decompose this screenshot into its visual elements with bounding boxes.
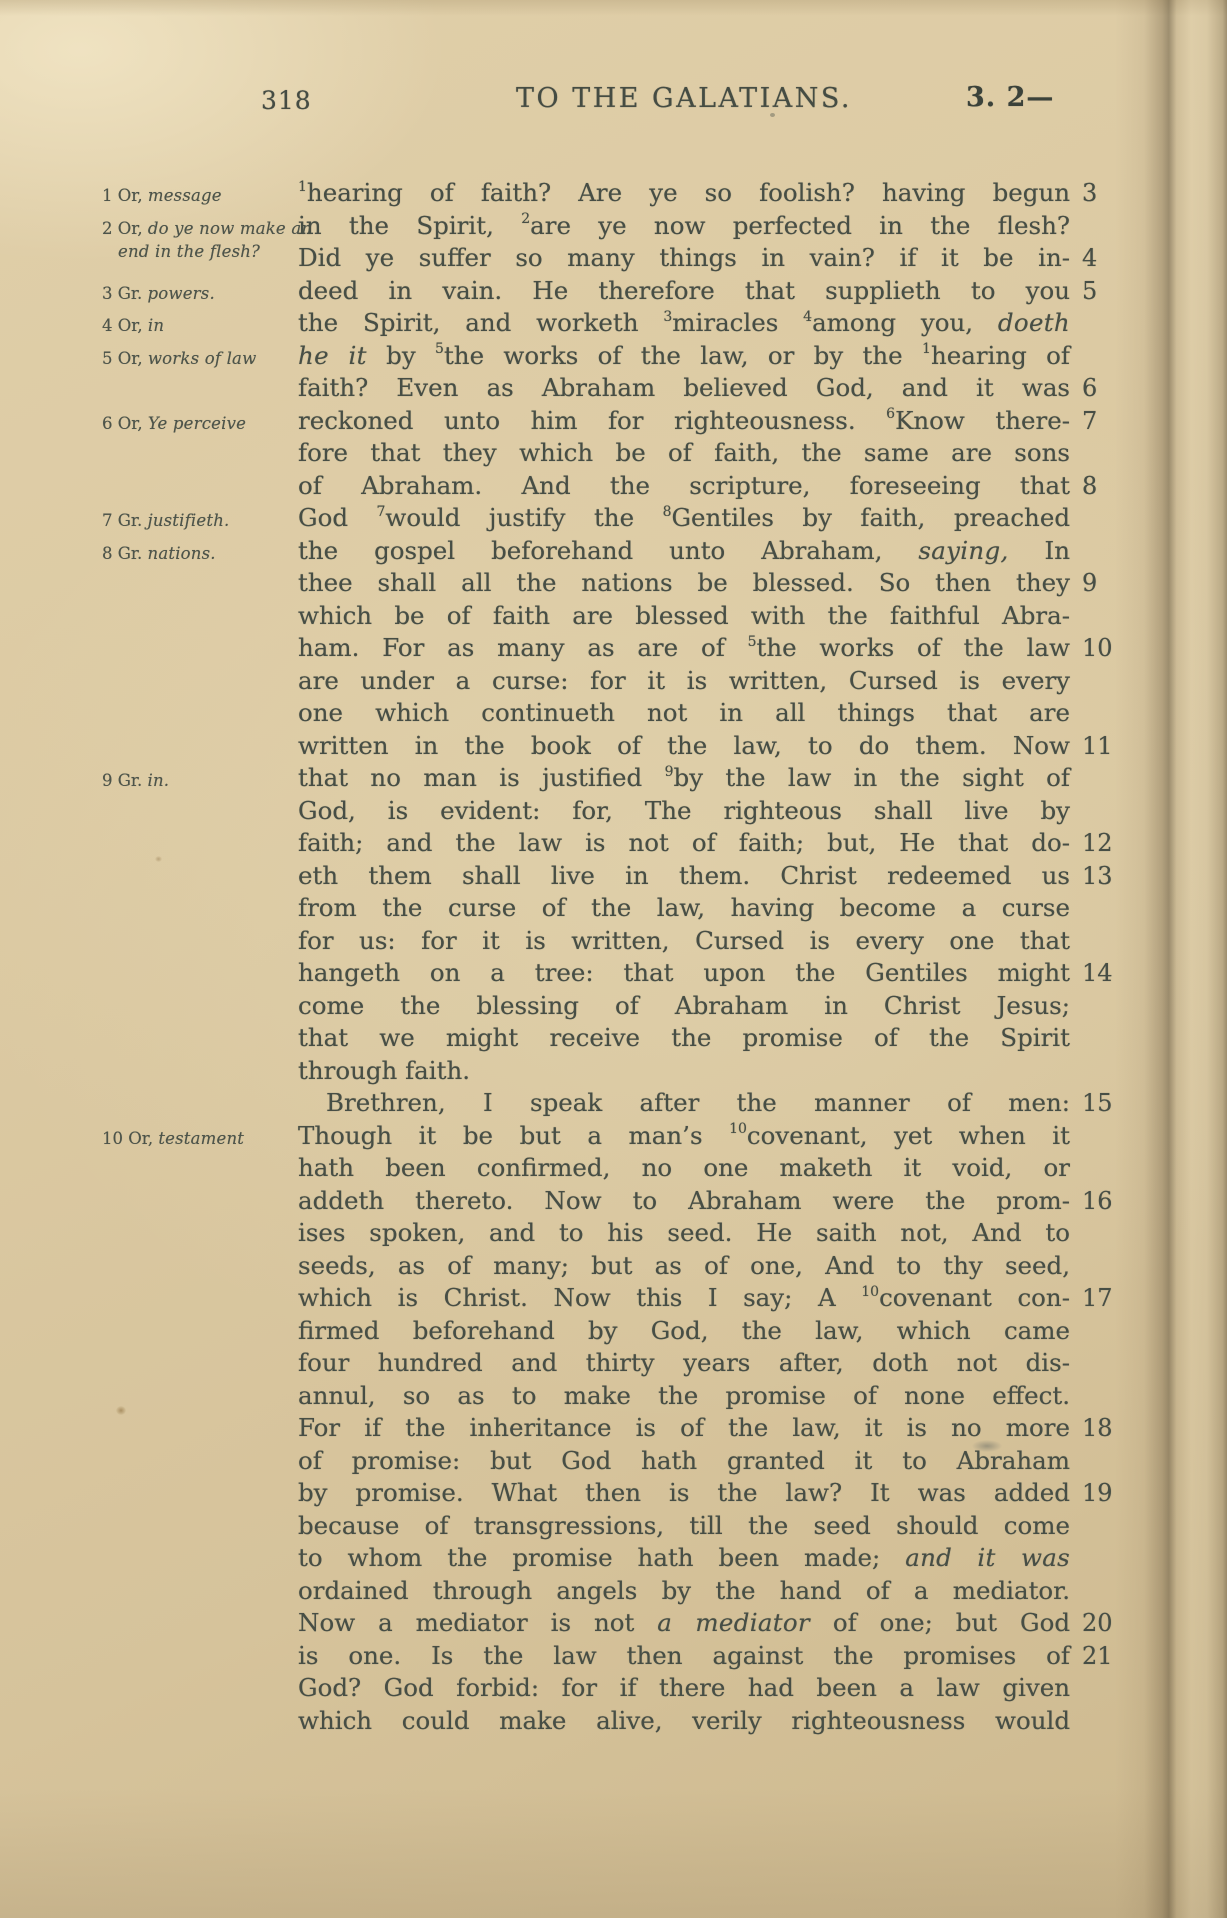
verse-number: 7 [1082, 406, 1097, 436]
text-line: which could make alive, verily righteous… [298, 1706, 1070, 1739]
text-line: in the Spirit, 2are ye now perfected in … [298, 211, 1070, 244]
text-line: through faith. [298, 1056, 1070, 1089]
text-line: God? God forbid: for if there had been a… [298, 1673, 1070, 1706]
verse-number: 20 [1082, 1608, 1113, 1638]
text-line: come the blessing of Abraham in Christ J… [298, 991, 1070, 1024]
text-line: Brethren, I speak after the manner of me… [298, 1088, 1070, 1121]
verse-number: 19 [1082, 1478, 1113, 1508]
verse-number: 4 [1082, 243, 1097, 273]
text-line: hath been confirmed, no one maketh it vo… [298, 1153, 1070, 1186]
text-line: are under a curse: for it is written, Cu… [298, 666, 1070, 699]
margin-note: 5 Or, works of law [102, 347, 320, 370]
text-line: Did ye suffer so many things in vain? if… [298, 243, 1070, 276]
text-line: faith; and the law is not of faith; but,… [298, 828, 1070, 861]
verse-number: 12 [1082, 828, 1113, 858]
text-line: fore that they which be of faith, the sa… [298, 438, 1070, 471]
margin-note: 9 Gr. in. [102, 769, 320, 792]
verse-number: 11 [1082, 731, 1113, 761]
margin-note: 6 Or, Ye perceive [102, 412, 320, 435]
text-line: firmed beforehand by God, the law, which… [298, 1316, 1070, 1349]
text-line: reckoned unto him for righteousness. 6Kn… [298, 406, 1070, 439]
page-bottom-shadow [0, 1788, 1227, 1918]
verse-number: 13 [1082, 861, 1113, 891]
margin-note: 10 Or, testament [102, 1127, 320, 1150]
running-title: TO THE GALATIANS. [298, 83, 1070, 114]
verse-number: 8 [1082, 471, 1097, 501]
text-line: from the curse of the law, having become… [298, 893, 1070, 926]
text-line: ordained through angels by the hand of a… [298, 1576, 1070, 1609]
text-line: Though it be but a man’s 10covenant, yet… [298, 1121, 1070, 1154]
margin-note: 7 Gr. justifieth. [102, 509, 320, 532]
text-line: the Spirit, and worketh 3miracles 4among… [298, 308, 1070, 341]
text-line: 1hearing of faith? Are ye so foolish? ha… [298, 178, 1070, 211]
text-line: ises spoken, and to his seed. He saith n… [298, 1218, 1070, 1251]
text-line: to whom the promise hath been made; and … [298, 1543, 1070, 1576]
text-line: is one. Is the law then against the prom… [298, 1641, 1070, 1674]
verse-number: 21 [1082, 1641, 1113, 1671]
page-top-edge-shadow [0, 0, 1227, 16]
text-line: ham. For as many as are of 5the works of… [298, 633, 1070, 666]
verse-number: 16 [1082, 1186, 1113, 1216]
verse-number: 5 [1082, 276, 1097, 306]
book-gutter-shadow [1115, 0, 1227, 1918]
verse-number: 14 [1082, 958, 1113, 988]
margin-note: 8 Gr. nations. [102, 542, 320, 565]
book-page-scan: 318 TO THE GALATIANS. 3. 2— 1 Or, messag… [0, 0, 1227, 1918]
text-line: addeth thereto. Now to Abraham were the … [298, 1186, 1070, 1219]
verse-number: 17 [1082, 1283, 1113, 1313]
text-line: hangeth on a tree: that upon the Gentile… [298, 958, 1070, 991]
text-line: God 7would justify the 8Gentiles by fait… [298, 503, 1070, 536]
verse-number: 15 [1082, 1088, 1113, 1118]
text-line: of Abraham. And the scripture, foreseein… [298, 471, 1070, 504]
text-line: because of transgressions, till the seed… [298, 1511, 1070, 1544]
paper-speck [155, 856, 162, 862]
verse-number: 10 [1082, 633, 1113, 663]
text-line: Now a mediator is not a mediator of one;… [298, 1608, 1070, 1641]
margin-note: 2 Or, do ye now make an end in the flesh… [102, 217, 320, 263]
text-line: one which continueth not in all things t… [298, 698, 1070, 731]
text-line: For if the inheritance is of the law, it… [298, 1413, 1070, 1446]
text-line: thee shall all the nations be blessed. S… [298, 568, 1070, 601]
text-line: that we might receive the promise of the… [298, 1023, 1070, 1056]
text-line: seeds, as of many; but as of one, And to… [298, 1251, 1070, 1284]
margin-note: 4 Or, in [102, 314, 320, 337]
text-line: that no man is justified 9by the law in … [298, 763, 1070, 796]
text-line: eth them shall live in them. Christ rede… [298, 861, 1070, 894]
text-line: for us: for it is written, Cursed is eve… [298, 926, 1070, 959]
text-line: he it by 5the works of the law, or by th… [298, 341, 1070, 374]
text-line: annul, so as to make the promise of none… [298, 1381, 1070, 1414]
text-line: written in the book of the law, to do th… [298, 731, 1070, 764]
verse-number: 18 [1082, 1413, 1113, 1443]
verse-number: 6 [1082, 373, 1097, 403]
chapter-verse-ref: 3. 2— [966, 82, 1054, 113]
text-line: the gospel beforehand unto Abraham, sayi… [298, 536, 1070, 569]
paper-speck [116, 1406, 126, 1415]
verse-number: 3 [1082, 178, 1097, 208]
margin-note: 1 Or, message [102, 184, 320, 207]
text-line: which be of faith are blessed with the f… [298, 601, 1070, 634]
text-line: God, is evident: for, The righteous shal… [298, 796, 1070, 829]
text-line: by promise. What then is the law? It was… [298, 1478, 1070, 1511]
text-line: faith? Even as Abraham believed God, and… [298, 373, 1070, 406]
text-line: deed in vain. He therefore that suppliet… [298, 276, 1070, 309]
text-line: four hundred and thirty years after, dot… [298, 1348, 1070, 1381]
verse-number: 9 [1082, 568, 1097, 598]
text-line: which is Christ. Now this I say; A 10cov… [298, 1283, 1070, 1316]
margin-note: 3 Gr. powers. [102, 282, 320, 305]
text-line: of promise: but God hath granted it to A… [298, 1446, 1070, 1479]
